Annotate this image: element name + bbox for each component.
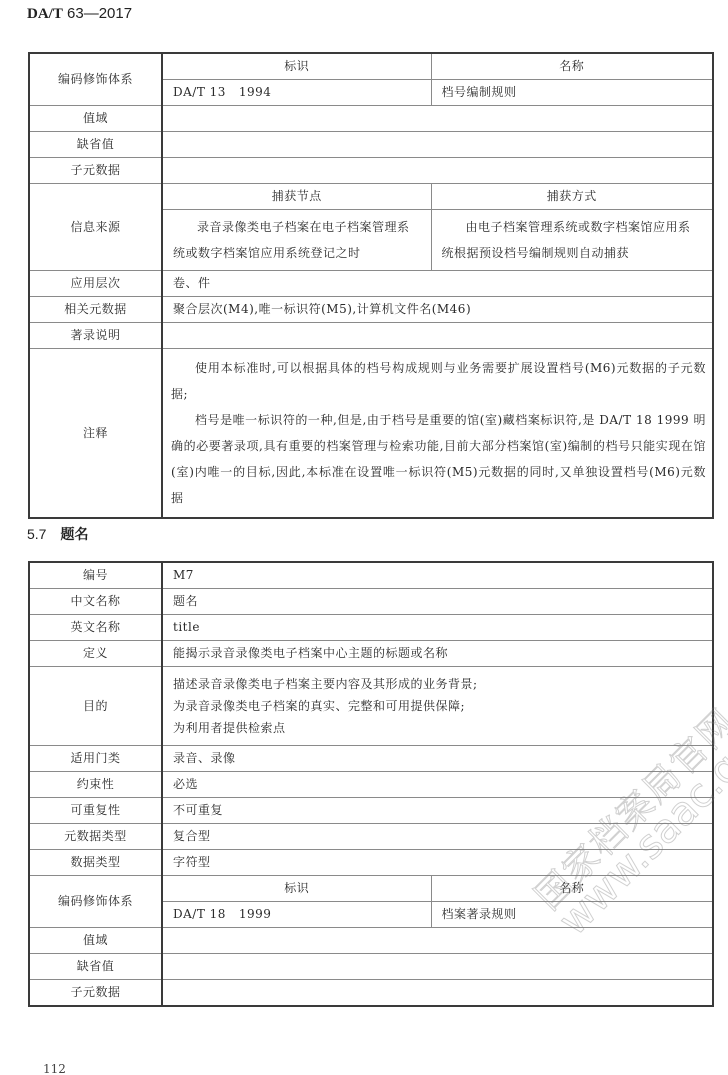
id-value: M7 — [162, 562, 713, 589]
table-row: 可重复性 不可重复 — [29, 798, 713, 824]
table-row: 适用门类 录音、录像 — [29, 746, 713, 772]
table-row: 信息来源 捕获节点 捕获方式 — [29, 184, 713, 210]
encoding-identifier-value: DA/T 13 1994 — [162, 80, 431, 106]
purpose-value: 描述录音录像类电子档案主要内容及其形成的业务背景; 为录音录像类电子档案的真实、… — [162, 667, 713, 746]
table-row: 缺省值 — [29, 132, 713, 158]
col-header-name: 名称 — [431, 876, 713, 902]
remarks-value: 使用本标准时,可以根据具体的档号构成规则与业务需要扩展设置档号(M6)元数据的子… — [162, 349, 713, 519]
row-label-constraint: 约束性 — [29, 772, 162, 798]
page-number: 112 — [43, 1062, 66, 1075]
sub-elements-value — [162, 158, 713, 184]
value-range-value — [162, 106, 713, 132]
table-row: 约束性 必选 — [29, 772, 713, 798]
purpose-line-1: 描述录音录像类电子档案主要内容及其形成的业务背景; — [173, 673, 702, 695]
table-row: 编码修饰体系 标识 名称 — [29, 876, 713, 902]
remarks-paragraph-2: 档号是唯一标识符的一种,但是,由于档号是重要的馆(室)藏档案标识符,是 DA/T… — [171, 407, 706, 511]
row-label-encoding-scheme: 编码修饰体系 — [29, 876, 162, 928]
metadata-type-value: 复合型 — [162, 824, 713, 850]
row-label-value-range: 值域 — [29, 928, 162, 954]
col-header-name: 名称 — [431, 53, 713, 80]
data-type-value: 字符型 — [162, 850, 713, 876]
default-value-value — [162, 954, 713, 980]
table-row: 目的 描述录音录像类电子档案主要内容及其形成的业务背景; 为录音录像类电子档案的… — [29, 667, 713, 746]
table-row: 值域 — [29, 106, 713, 132]
sub-elements-value — [162, 980, 713, 1007]
metadata-table-m6-continued: 编码修饰体系 标识 名称 DA/T 13 1994 档号编制规则 值域 缺省值 … — [28, 52, 714, 519]
col-header-capture-node: 捕获节点 — [162, 184, 431, 210]
table-row: 应用层次 卷、件 — [29, 271, 713, 297]
col-header-identifier: 标识 — [162, 53, 431, 80]
table-row: 元数据类型 复合型 — [29, 824, 713, 850]
application-level-value: 卷、件 — [162, 271, 713, 297]
english-name-value: title — [162, 615, 713, 641]
metadata-table-m7: 编号 M7 中文名称 题名 英文名称 title 定义 能揭示录音录像类电子档案… — [28, 561, 714, 1007]
table-row: 子元数据 — [29, 980, 713, 1007]
purpose-line-2: 为录音录像类电子档案的真实、完整和可用提供保障; — [173, 695, 702, 717]
applicable-category-value: 录音、录像 — [162, 746, 713, 772]
encoding-identifier-value: DA/T 18 1999 — [162, 902, 431, 928]
row-label-related-metadata: 相关元数据 — [29, 297, 162, 323]
table-row: 英文名称 title — [29, 615, 713, 641]
table-row: 中文名称 题名 — [29, 589, 713, 615]
table-row: 编号 M7 — [29, 562, 713, 589]
table-row: 编码修饰体系 标识 名称 — [29, 53, 713, 80]
row-label-purpose: 目的 — [29, 667, 162, 746]
row-label-remarks: 注释 — [29, 349, 162, 519]
standard-number: 63—2017 — [67, 5, 132, 22]
col-header-capture-method: 捕获方式 — [431, 184, 713, 210]
row-label-repeatability: 可重复性 — [29, 798, 162, 824]
table-row: 定义 能揭示录音录像类电子档案中心主题的标题或名称 — [29, 641, 713, 667]
default-value-value — [162, 132, 713, 158]
row-label-value-range: 值域 — [29, 106, 162, 132]
standard-code-header: DA/T 63—2017 — [27, 5, 132, 23]
table-row: 子元数据 — [29, 158, 713, 184]
row-label-default-value: 缺省值 — [29, 132, 162, 158]
related-metadata-value: 聚合层次(M4),唯一标识符(M5),计算机文件名(M46) — [162, 297, 713, 323]
section-heading: 5.7题名 — [27, 524, 88, 544]
table-row: 缺省值 — [29, 954, 713, 980]
row-label-chinese-name: 中文名称 — [29, 589, 162, 615]
row-label-encoding-scheme: 编码修饰体系 — [29, 53, 162, 106]
repeatability-value: 不可重复 — [162, 798, 713, 824]
row-label-description-notes: 著录说明 — [29, 323, 162, 349]
table-row: 值域 — [29, 928, 713, 954]
row-label-id: 编号 — [29, 562, 162, 589]
row-label-definition: 定义 — [29, 641, 162, 667]
col-header-identifier: 标识 — [162, 876, 431, 902]
section-title-text: 题名 — [60, 527, 88, 543]
row-label-data-type: 数据类型 — [29, 850, 162, 876]
row-label-sub-elements: 子元数据 — [29, 980, 162, 1007]
standard-prefix: DA/T — [27, 6, 63, 22]
row-label-application-level: 应用层次 — [29, 271, 162, 297]
capture-node-value: 录音录像类电子档案在电子档案管理系统或数字档案馆应用系统登记之时 — [162, 210, 431, 271]
row-label-info-source: 信息来源 — [29, 184, 162, 271]
chinese-name-value: 题名 — [162, 589, 713, 615]
description-notes-value — [162, 323, 713, 349]
definition-value: 能揭示录音录像类电子档案中心主题的标题或名称 — [162, 641, 713, 667]
table-row: 注释 使用本标准时,可以根据具体的档号构成规则与业务需要扩展设置档号(M6)元数… — [29, 349, 713, 519]
encoding-name-value: 档号编制规则 — [431, 80, 713, 106]
remarks-paragraph-1: 使用本标准时,可以根据具体的档号构成规则与业务需要扩展设置档号(M6)元数据的子… — [171, 355, 706, 407]
row-label-sub-elements: 子元数据 — [29, 158, 162, 184]
table-row: 数据类型 字符型 — [29, 850, 713, 876]
encoding-name-value: 档案著录规则 — [431, 902, 713, 928]
table-row: 相关元数据 聚合层次(M4),唯一标识符(M5),计算机文件名(M46) — [29, 297, 713, 323]
row-label-applicable-category: 适用门类 — [29, 746, 162, 772]
table-row: 著录说明 — [29, 323, 713, 349]
purpose-line-3: 为利用者提供检索点 — [173, 717, 702, 739]
value-range-value — [162, 928, 713, 954]
row-label-english-name: 英文名称 — [29, 615, 162, 641]
row-label-metadata-type: 元数据类型 — [29, 824, 162, 850]
constraint-value: 必选 — [162, 772, 713, 798]
capture-method-value: 由电子档案管理系统或数字档案馆应用系统根据预设档号编制规则自动捕获 — [431, 210, 713, 271]
section-number: 5.7 — [27, 526, 46, 542]
row-label-default-value: 缺省值 — [29, 954, 162, 980]
